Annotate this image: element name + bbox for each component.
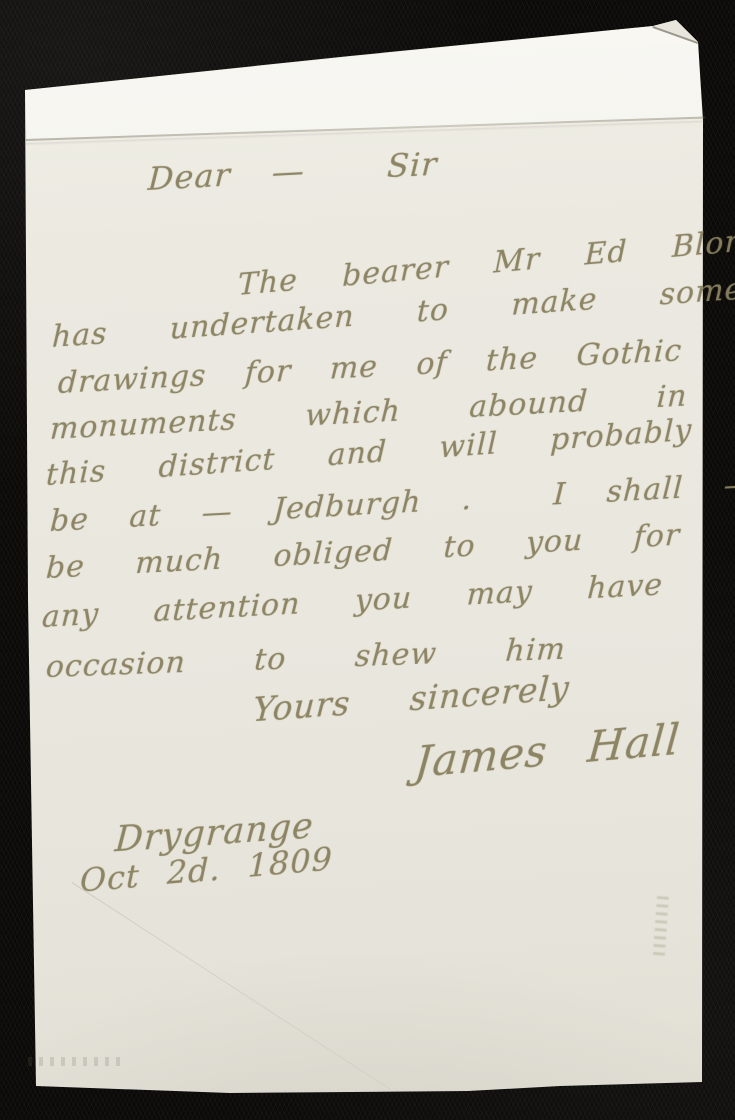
photo-background: Dear — Sir The bearer Mr Ed Blore has un… (0, 0, 735, 1120)
pencil-marks (28, 1057, 124, 1066)
